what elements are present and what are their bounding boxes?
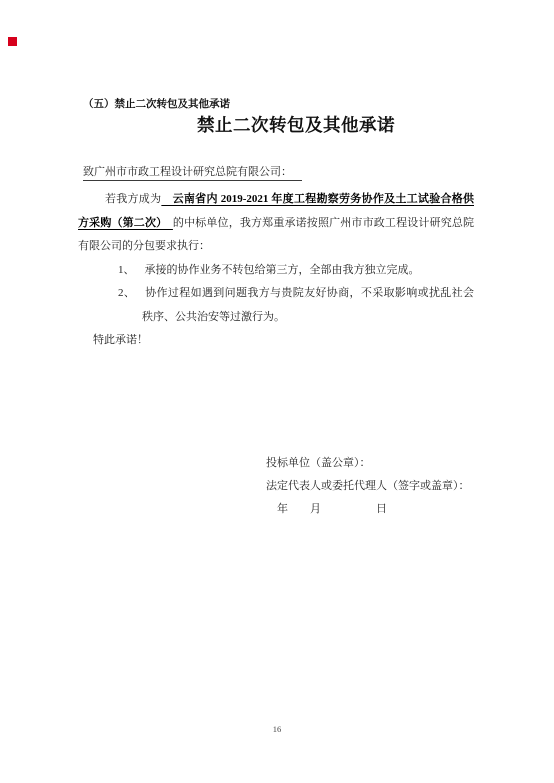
list-item: 2、协作过程如遇到问题我方与贵院友好协商，不采取影响或扰乱社会秩序、公共治安等过… [78,282,474,329]
section-heading: （五）禁止二次转包及其他承诺 [83,96,230,111]
document-page: （五）禁止二次转包及其他承诺 禁止二次转包及其他承诺 致广州市市政工程设计研究总… [0,0,554,783]
list-item-number: 2、 [118,287,135,299]
page-number: 16 [0,724,554,734]
list-item: 1、承接的协作业务不转包给第三方，全部由我方独立完成。 [78,259,474,283]
signature-block: 投标单位（盖公章）： 法定代表人或委托代理人（签字或盖章）： 年 月 日 [266,452,470,521]
date-line: 年 月 日 [266,498,470,521]
bidder-seal-line: 投标单位（盖公章）： [266,452,470,475]
body-text: 若我方成为 云南省内 2019-2021 年度工程勘察劳务协作及土工试验合格供方… [78,188,474,353]
salutation-line: 致广州市市政工程设计研究总院有限公司： [83,163,302,179]
list-item-text: 承接的协作业务不转包给第三方，全部由我方独立完成。 [145,264,420,276]
paragraph-lead: 若我方成为 [105,193,161,205]
closing-statement: 特此承诺！ [78,329,474,353]
page-title: 禁止二次转包及其他承诺 [40,112,552,137]
list-item-number: 1、 [118,264,135,276]
legal-representative-line: 法定代表人或委托代理人（签字或盖章）： [266,475,470,498]
salutation-text: 致广州市市政工程设计研究总院有限公司： [83,166,302,181]
list-item-text: 协作过程如遇到问题我方与贵院友好协商，不采取影响或扰乱社会秩序、公共治安等过激行… [142,287,474,323]
commitment-paragraph: 若我方成为 云南省内 2019-2021 年度工程勘察劳务协作及土工试验合格供方… [78,188,474,259]
red-square-marker [8,37,17,46]
